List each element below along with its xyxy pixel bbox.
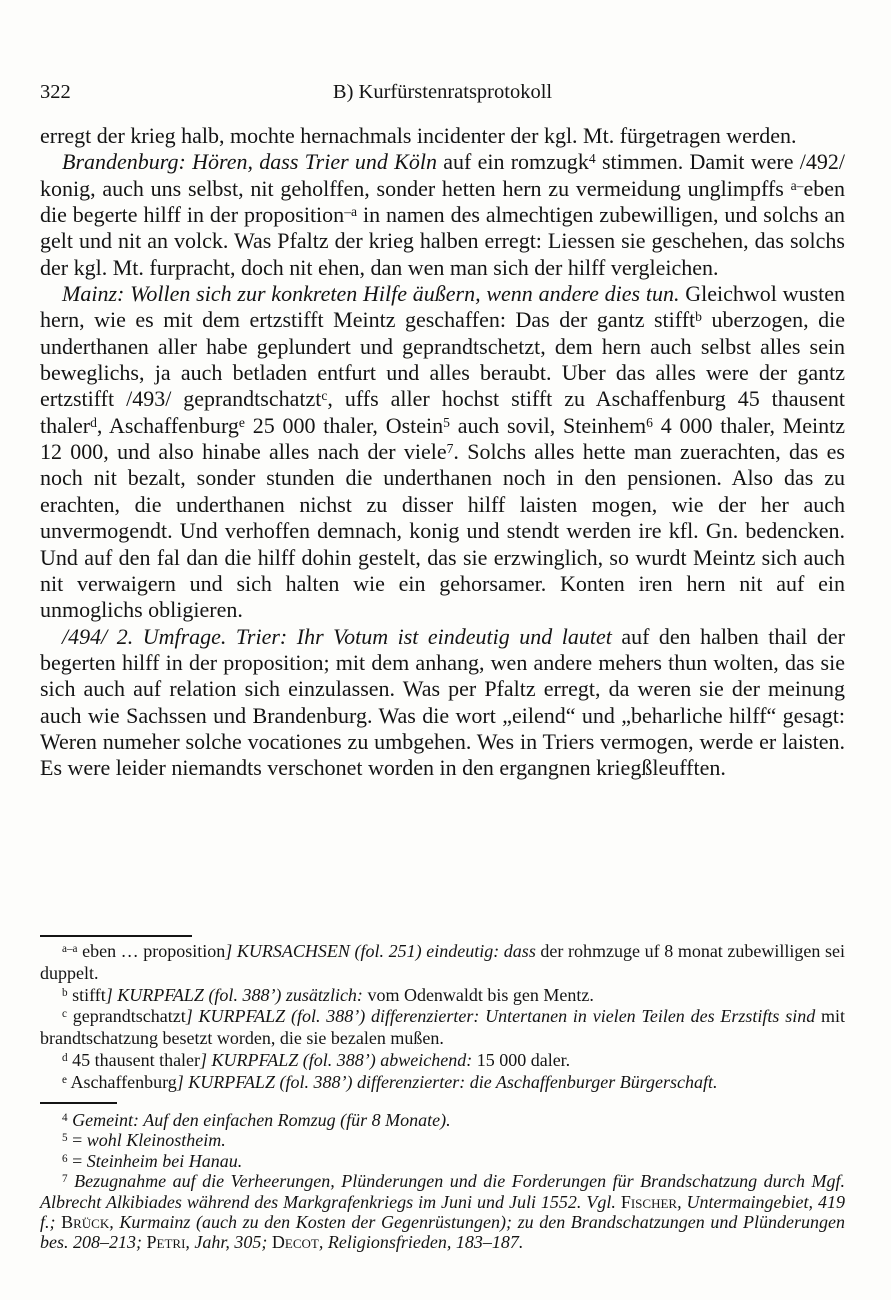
- text-run: 5: [443, 415, 450, 430]
- text-run: e: [62, 1074, 67, 1086]
- text-run: eben … proposition: [77, 941, 225, 961]
- text-run: d: [62, 1052, 68, 1064]
- text-run: e: [239, 415, 245, 430]
- text-run: d: [90, 415, 97, 430]
- footnote-6: 6 = Steinheim bei Hanau.: [40, 1151, 845, 1171]
- text-run: ] KURPFALZ (fol. 388’) differenzierter: …: [177, 1072, 718, 1092]
- text-run: 4: [589, 151, 596, 166]
- text-run: 6: [646, 415, 653, 430]
- text-run: Mainz: Wollen sich zur konkreten Hilfe ä…: [62, 281, 679, 306]
- running-head: B) Kurfürstenratsprotokoll: [40, 81, 845, 104]
- paragraph-brandenburg: Brandenburg: Hören, dass Trier und Köln …: [40, 149, 845, 281]
- page-header: 322 B) Kurfürstenratsprotokoll: [40, 81, 845, 107]
- text-run: geprandtschatzt: [67, 1006, 186, 1026]
- text-run: 6: [62, 1153, 68, 1165]
- book-page: 322 B) Kurfürstenratsprotokoll erregt de…: [0, 0, 891, 1300]
- text-run: =: [68, 1130, 87, 1150]
- paragraph-mainz: Mainz: Wollen sich zur konkreten Hilfe ä…: [40, 281, 845, 623]
- text-run: Steinheim bei Hanau.: [87, 1151, 242, 1171]
- text-run: c: [62, 1008, 67, 1020]
- text-run: ] KURPFALZ (fol. 388’) differenzierter: …: [186, 1006, 816, 1026]
- text-run: ] KURPFALZ (fol. 388’) zusätzlich:: [106, 985, 363, 1005]
- text-run: Petri: [147, 1232, 186, 1252]
- text-run: a–a: [62, 943, 77, 955]
- text-run: . Solchs alles hette man zuerachten, das…: [40, 439, 845, 622]
- page-number: 322: [40, 81, 71, 104]
- apparatus-note-c: c geprandtschatzt] KURPFALZ (fol. 388’) …: [40, 1006, 845, 1050]
- text-run: /494/ 2. Umfrage. Trier: Ihr Votum ist e…: [62, 624, 612, 649]
- apparatus-note-a: a–a eben … proposition] KURSACHSEN (fol.…: [40, 941, 845, 985]
- footnote-divider: [40, 1102, 117, 1104]
- text-run: vom Odenwaldt bis gen Mentz.: [363, 985, 594, 1005]
- text-run: 45 thausent thaler: [68, 1050, 200, 1070]
- text-run: Decot: [272, 1232, 319, 1252]
- text-run: –a: [344, 204, 357, 219]
- paragraph-umfrage-2-trier: /494/ 2. Umfrage. Trier: Ihr Votum ist e…: [40, 624, 845, 782]
- text-run: , Religionsfrieden, 183–187.: [319, 1232, 523, 1252]
- critical-apparatus: a–a eben … proposition] KURSACHSEN (fol.…: [40, 941, 845, 1094]
- footnotes-section: 4 Gemeint: Auf den einfachen Romzug (für…: [40, 1110, 845, 1253]
- footnote-4: 4 Gemeint: Auf den einfachen Romzug (für…: [40, 1110, 845, 1130]
- text-run: 25 000 thaler, Ostein: [245, 413, 443, 438]
- text-run: 15 000 daler.: [472, 1050, 570, 1070]
- text-run: stifft: [68, 985, 106, 1005]
- text-run: Fischer: [621, 1192, 677, 1212]
- apparatus-note-b: b stifft] KURPFALZ (fol. 388’) zusätzlic…: [40, 985, 845, 1007]
- text-run: b: [695, 309, 702, 324]
- text-run: , Aschaffenburg: [97, 413, 239, 438]
- text-run: ] KURPFALZ (fol. 388’) abweichend:: [200, 1050, 472, 1070]
- apparatus-note-d: d 45 thausent thaler] KURPFALZ (fol. 388…: [40, 1050, 845, 1072]
- text-run: auch sovil, Steinhem: [450, 413, 646, 438]
- text-run: c: [321, 388, 327, 403]
- paragraph-continuation: erregt der krieg halb, mochte hernachmal…: [40, 123, 845, 149]
- text-run: a–: [791, 178, 804, 193]
- footnote-5: 5 = wohl Kleinostheim.: [40, 1130, 845, 1150]
- text-run: =: [68, 1151, 87, 1171]
- text-run: Brandenburg: Hören, dass Trier und Köln: [62, 149, 437, 174]
- text-run: 7: [447, 441, 454, 456]
- text-run: 7: [62, 1173, 68, 1185]
- text-run: Brück: [61, 1212, 109, 1232]
- text-run: 4: [62, 1112, 68, 1124]
- text-run: Aschaffenburg: [67, 1072, 177, 1092]
- text-run: 5: [62, 1132, 68, 1144]
- text-run: , Jahr, 305;: [185, 1232, 272, 1252]
- text-run: auf ein romzugk: [437, 149, 589, 174]
- apparatus-divider: [40, 935, 192, 937]
- text-run: b: [62, 987, 68, 999]
- text-run: wohl Kleinostheim.: [87, 1130, 226, 1150]
- apparatus-note-e: e Aschaffenburg] KURPFALZ (fol. 388’) di…: [40, 1072, 845, 1094]
- text-run: ] KURSACHSEN (fol. 251) eindeutig: dass: [225, 941, 536, 961]
- footnote-7: 7 Bezugnahme auf die Verheerungen, Plünd…: [40, 1171, 845, 1253]
- main-text: erregt der krieg halb, mochte hernachmal…: [40, 123, 845, 782]
- text-run: erregt der krieg halb, mochte hernachmal…: [40, 123, 796, 148]
- text-run: Gemeint: Auf den einfachen Romzug (für 8…: [68, 1110, 451, 1130]
